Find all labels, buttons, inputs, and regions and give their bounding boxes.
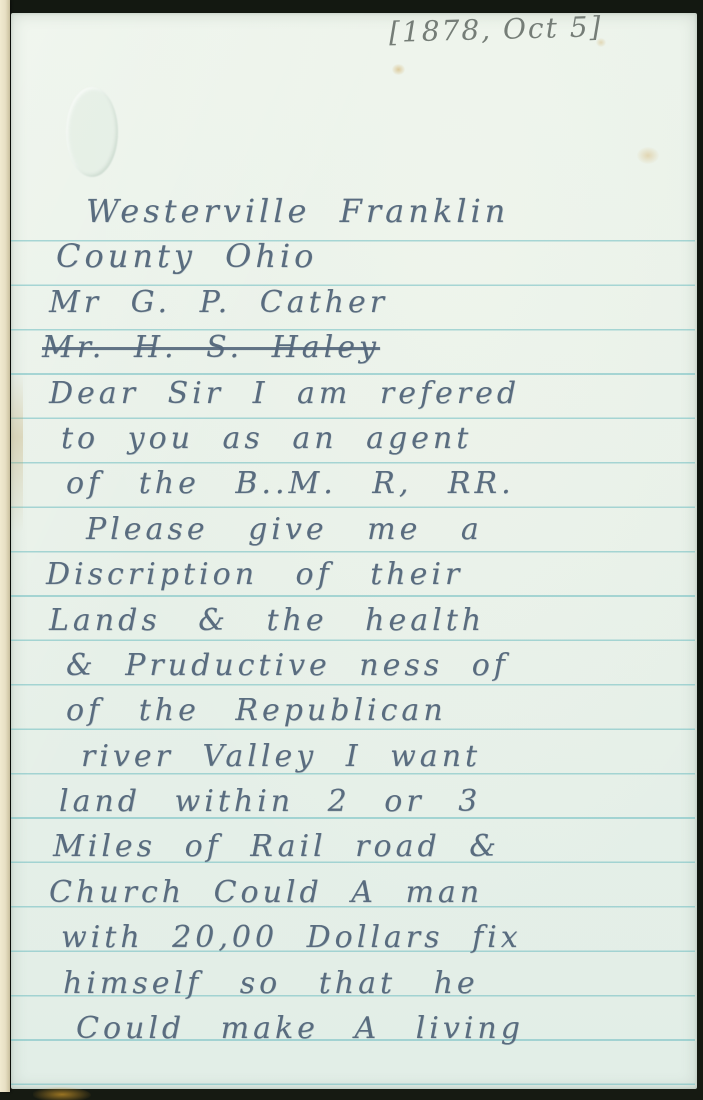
letter-body: Westerville FranklinCounty OhioMr G. P. …: [41, 189, 697, 1051]
letter-line: Please give me a: [41, 507, 697, 552]
letter-line: Discription of their: [41, 552, 697, 597]
letter-line: Dear Sir I am refered: [41, 371, 697, 416]
adjacent-page-edge: [0, 0, 10, 1092]
letter-line: Church Could A man: [41, 870, 697, 915]
letter-line: Lands & the health: [41, 598, 697, 643]
stain: [392, 64, 405, 75]
letter-line: Could make A living: [41, 1006, 697, 1051]
archival-date-annotation: [1878, Oct 5]: [389, 10, 603, 49]
letter-line: & Pruductive ness of: [41, 643, 697, 688]
letter-line: Mr G. P. Cather: [41, 280, 697, 325]
letter-line: of the Republican: [41, 688, 697, 733]
letter-line: of the B..M. R, RR.: [41, 461, 697, 506]
letter-line: Westerville Franklin: [41, 189, 697, 234]
letter-lines: Westerville FranklinCounty OhioMr G. P. …: [41, 189, 697, 1051]
letter-line: with 20,00 Dollars fix: [41, 915, 697, 960]
letter-line: river Valley I want: [41, 734, 697, 779]
letter-line: County Ohio: [41, 234, 697, 279]
letter-line: himself so that he: [41, 961, 697, 1006]
embossed-seal: [66, 87, 118, 177]
letter-line: Mr. H. S. Haley: [41, 325, 697, 370]
letter-line: land within 2 or 3: [41, 779, 697, 824]
stain: [637, 147, 659, 164]
letter-line: Miles of Rail road &: [41, 824, 697, 869]
scan-backdrop: [1878, Oct 5] Westerville FranklinCounty…: [0, 0, 703, 1100]
letter-page: [1878, Oct 5] Westerville FranklinCounty…: [11, 13, 697, 1089]
stain: [33, 1087, 91, 1100]
letter-line: to you as an agent: [41, 416, 697, 461]
